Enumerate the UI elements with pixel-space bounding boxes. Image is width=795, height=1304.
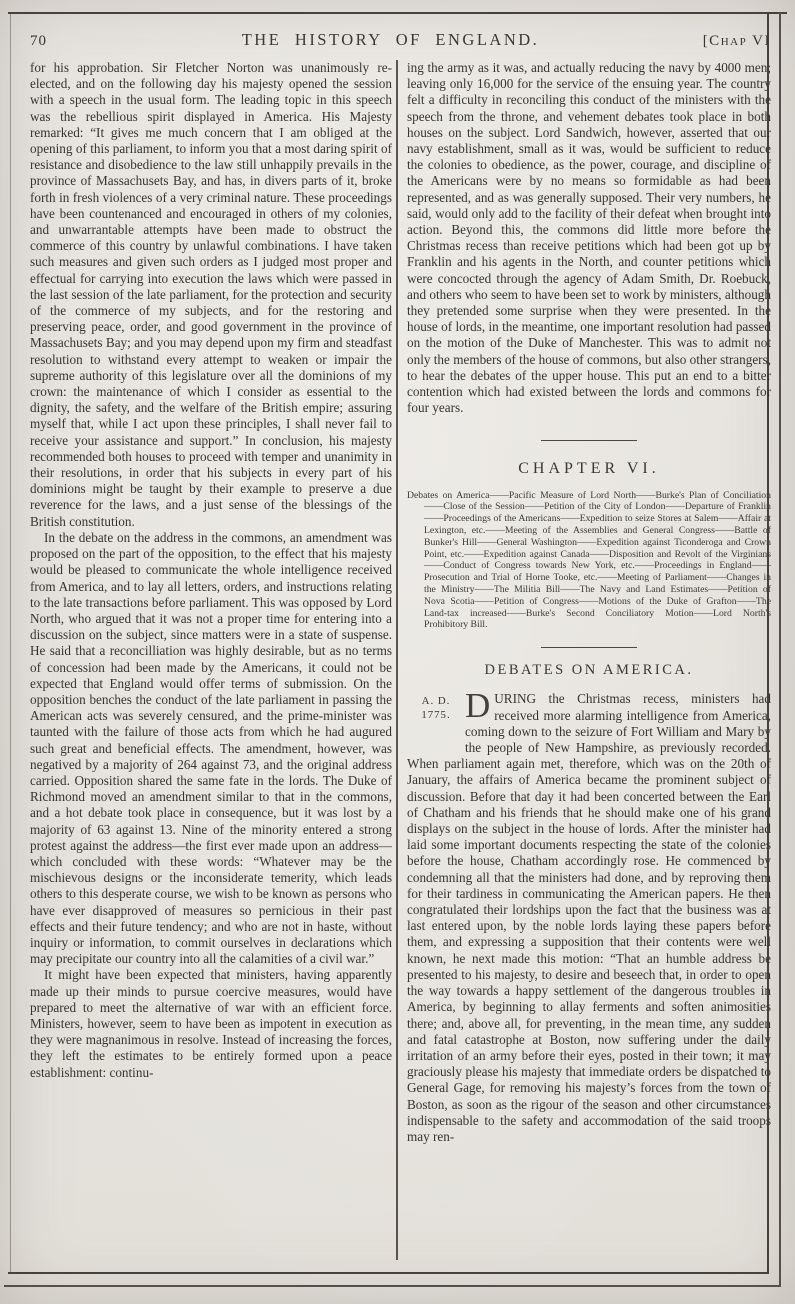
chapter-heading: CHAPTER VI. [407, 461, 771, 477]
page-frame-left-rule [10, 12, 11, 1274]
right-column: ing the army as it was, and actually red… [407, 60, 771, 1260]
page-frame-right-outer-rule [779, 12, 781, 1287]
left-paragraph-1: for his approbation. Sir Fletcher Norton… [30, 60, 392, 530]
left-column: for his approbation. Sir Fletcher Norton… [30, 60, 392, 1260]
chapter-marker: [Chap VI [681, 33, 771, 50]
book-title: THE HISTORY OF ENGLAND. [100, 30, 681, 50]
drop-cap-letter: D [465, 691, 494, 723]
margin-date-line2: 1775. [407, 709, 465, 723]
left-paragraph-3: It might have been expected that ministe… [30, 967, 392, 1080]
book-page: 70 THE HISTORY OF ENGLAND. [Chap VI for … [0, 0, 795, 1304]
page-frame-bottom-inner-rule [8, 1272, 769, 1274]
section-separator-rule [541, 440, 637, 441]
page-frame-top-rule [8, 12, 787, 14]
text-columns: for his approbation. Sir Fletcher Norton… [30, 60, 771, 1260]
section-separator-rule [541, 647, 637, 648]
margin-date-line1: A. D. [407, 695, 465, 709]
opening-paragraph-text: URING the Christmas recess, ministers ha… [407, 691, 771, 1143]
left-paragraph-2: In the debate on the address in the comm… [30, 530, 392, 967]
margin-date-note: A. D. 1775. [407, 691, 465, 740]
page-number: 70 [30, 33, 100, 50]
right-continuation-paragraph: ing the army as it was, and actually red… [407, 60, 771, 416]
chapter-summary: Debates on America——Pacific Measure of L… [407, 490, 771, 632]
column-divider-rule [396, 60, 398, 1260]
opening-paragraph: A. D. 1775. DURING the Christmas recess,… [407, 691, 771, 1145]
section-heading: DEBATES ON AMERICA. [407, 662, 771, 678]
running-header: 70 THE HISTORY OF ENGLAND. [Chap VI [30, 30, 771, 50]
page-frame-bottom-outer-rule [4, 1285, 781, 1287]
